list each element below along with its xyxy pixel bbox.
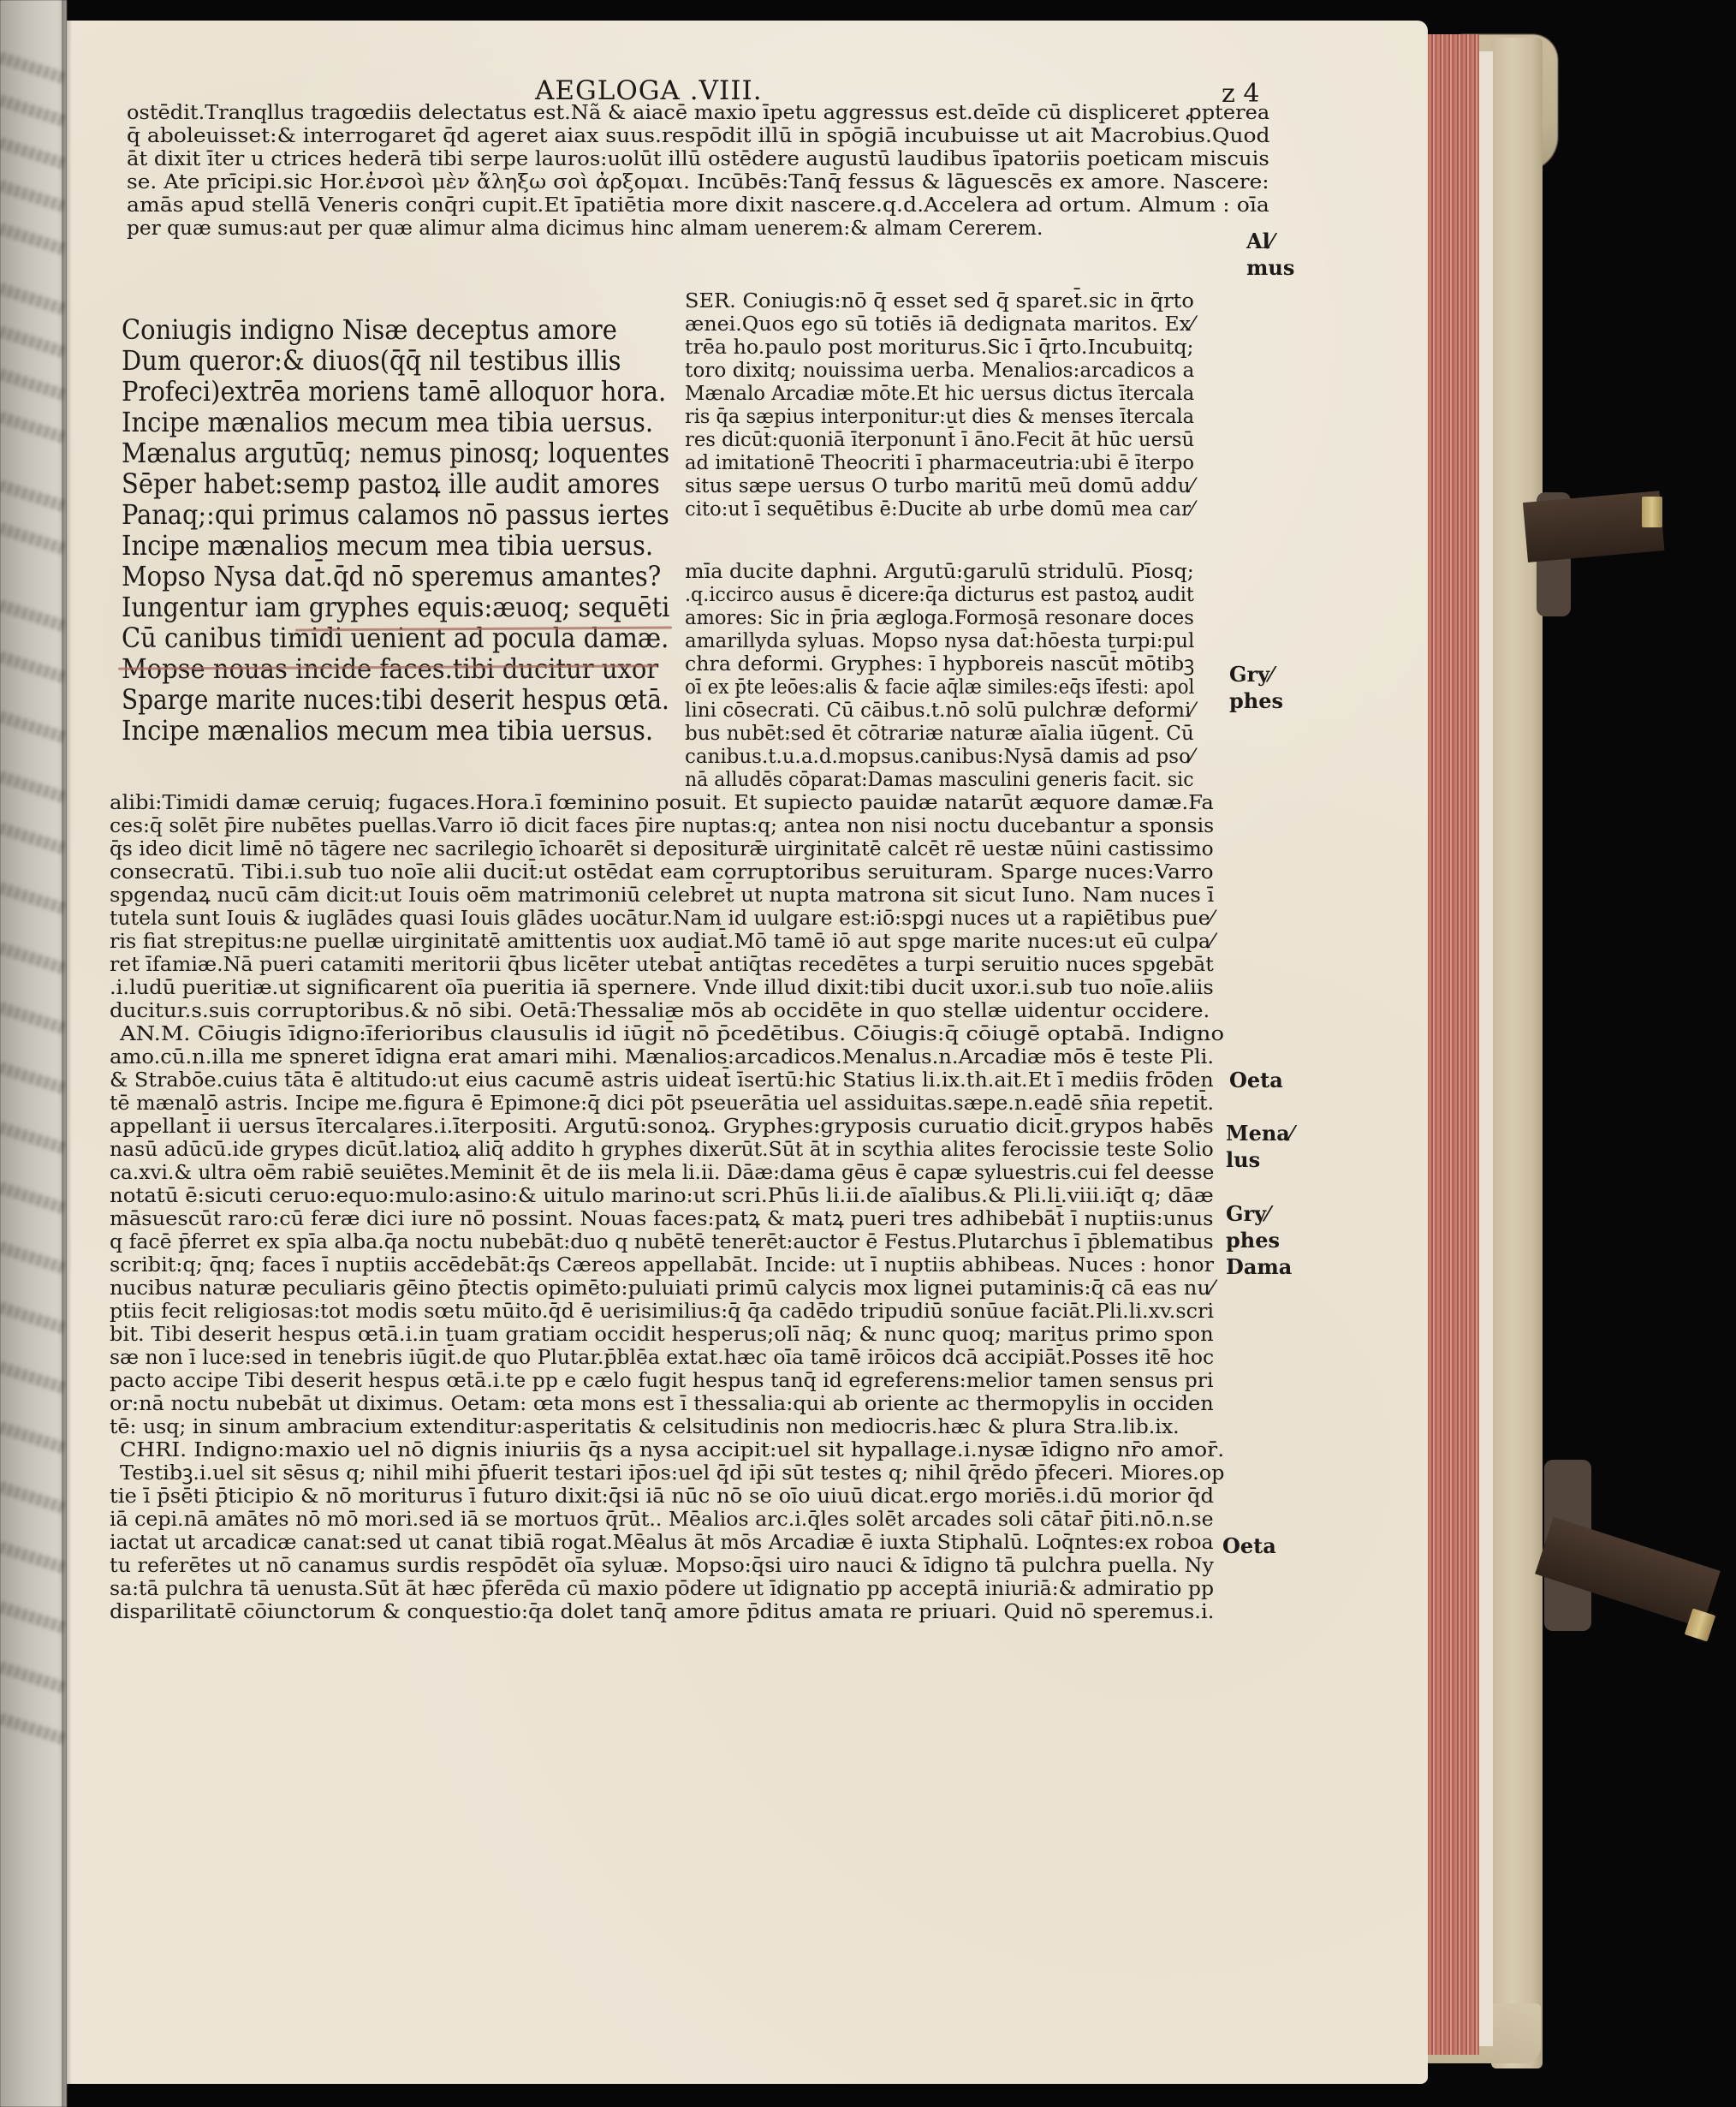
commentary-line: bit. Tibi deserit hespus œtā.i.in tuam g…	[110, 1323, 1214, 1346]
commentary-line: māsuescūt raro:cū feræ dici iure nō poss…	[110, 1207, 1214, 1230]
commentary-line: nasū adūcū.ide grypes dicūt̄.latioꝝ aliq…	[110, 1138, 1214, 1161]
commentary-line: CHRI. Indigno:maxio uel nō dignis iniuri…	[120, 1438, 1224, 1461]
margin-gloss: Dama	[1226, 1253, 1294, 1280]
commentary-line: āt dixit īter u ctrices hederā tibi serp…	[127, 147, 1269, 170]
commentary-line: AN.M. Cōiugis īdigno:īferioribus clausul…	[120, 1022, 1224, 1045]
commentary-line: mīa ducite daphni. Argutū:garulū stridul…	[685, 560, 1194, 583]
commentary-line: res dicūt̄:quoniā īterponunt̄ ī āno.Feci…	[685, 428, 1194, 451]
commentary-line: ostēdit.Tranqllus tragœdiis delectatus e…	[127, 101, 1269, 124]
verse-line: Profeci)extrēa moriens tamē alloquor hor…	[122, 377, 666, 408]
commentary-line: situs sæpe uersus O turbo maritū meū dom…	[685, 474, 1194, 497]
commentary-line: lini cōsecrati. Cū cāibus.t.nō solū pulc…	[685, 699, 1194, 722]
commentary-line: ces:q̄ solēt p̄ire nubētes puellas.Varro…	[110, 814, 1214, 837]
commentary-line: ca.xvi.& ultra oēm rabiē seuiētes.Memini…	[110, 1161, 1214, 1184]
commentary-line: canibus.t.u.a.d.mopsus.canibus:Nysā dami…	[685, 745, 1194, 768]
verse-line: Incipe mænalios mecum mea tibia uersus.	[122, 408, 653, 438]
commentary-line: & Strabōe.cuius tāta ē altitudo:ut eius …	[110, 1068, 1214, 1092]
margin-gloss: Gry⁄ phes	[1229, 661, 1281, 714]
commentary-line: cito:ut ī sequētibus ē:Ducite ab urbe do…	[685, 497, 1194, 521]
commentary-line: nā alludēs cōparat:Damas masculini gener…	[685, 768, 1194, 791]
commentary-line: ptiis fecit religiosas:tot modis sœtu mū…	[110, 1300, 1214, 1323]
margin-gloss: Oeta	[1222, 1533, 1282, 1559]
commentary-line: sa:tā pulchra tā uenusta.Sūt āt hæc p̄fe…	[110, 1577, 1214, 1600]
commentary-line: .q.iccirco ausus ē dicere:q̄a dicturus e…	[685, 583, 1194, 606]
commentary-line: Testibꝫ.i.uel sit sēsus q; nihil mihi p̄…	[120, 1461, 1224, 1485]
commentary-line: SER. Coniugis:nō q̄ esset sed q̄ sparet̄…	[685, 289, 1194, 312]
commentary-line: q̄ aboleuisset:& interrogaret q̄d ageret…	[127, 124, 1270, 147]
left-facing-page	[0, 0, 67, 2107]
commentary-line: iā cepi.nā amātes nō mō mori.sed iā se m…	[110, 1508, 1214, 1531]
verse-line: Coniugis indigno Nisæ deceptus amore	[122, 315, 617, 346]
commentary-line: ducitur.s.suis corruptoribus.& nō sibi. …	[110, 999, 1210, 1022]
commentary-line: ad imitationē Theocriti ī pharmaceutria:…	[685, 451, 1194, 474]
margin-gloss: Mena⁄ lus	[1226, 1120, 1286, 1173]
commentary-line: spgendaꝝ nucū cām dicit:ut Iouis oēm mat…	[110, 884, 1214, 907]
commentary-line: tē mænalō astris. Incipe me.figura ē Epi…	[110, 1092, 1214, 1115]
commentary-line: chra deformi. Gryphes: ī hypboreis nascū…	[685, 652, 1194, 676]
commentary-line: scribit:q; q̄nq; faces ī nuptiis accēdeb…	[110, 1253, 1214, 1277]
commentary-line: se. Ate prīcipi.sic Hor.ἐνσοὶ μὲν ἄληξω …	[127, 170, 1269, 193]
commentary-line: disparilitatē cōiunctorum & conquestio:q…	[110, 1600, 1214, 1623]
commentary-line: ænei.Quos ego sū totiēs iā dedignata mar…	[685, 312, 1194, 336]
verse-line: Dum queror:& diuos(q̄q̄ nil testibus ill…	[122, 346, 621, 377]
commentary-line: ret īfamiæ.Nā pueri catamiti meritorii q…	[110, 953, 1214, 976]
verse-line: Iungentur iam gryphes equis:æuoq; sequēt…	[122, 592, 669, 623]
commentary-line: trēa ho.paulo post moriturus.Sic ī q̄rto…	[685, 336, 1194, 359]
commentary-line: sæ non ī luce:sed in tenebris iūgit̄.de …	[110, 1346, 1214, 1369]
margin-gloss: Gry⁄ phes	[1226, 1200, 1286, 1253]
commentary-line: nucibus naturæ peculiaris gēino p̄tectis…	[110, 1277, 1214, 1300]
commentary-line: q̄s ideo dicit limē nō tāgere nec sacril…	[110, 837, 1214, 860]
commentary-line: amarillyda syluas. Mopso nysa dat̄:hōest…	[685, 629, 1194, 652]
verse-line: Sēper habet:semp pastoꝝ ille audit amore…	[122, 469, 660, 500]
commentary-line: q facē p̄ferret ex spīa alba.q̄a noctu n…	[110, 1230, 1214, 1253]
commentary-line: amores: Sic in p̄ria ægloga.Formosā reso…	[685, 606, 1194, 629]
verse-line: Incipe mænalios mecum mea tibia uersus.	[122, 716, 653, 747]
vellum-binding-spine-edge	[1491, 38, 1543, 2068]
verse-line: Sparge marite nuces:tibi deserit hespus …	[122, 685, 669, 716]
verse-line: Incipe mænalios mecum mea tibia uersus.	[122, 531, 653, 562]
commentary-line: Mænalo Arcadiæ mōte.Et hic uersus dictus…	[685, 382, 1194, 405]
verse-line: Panaq;:qui primus calamos nō passus iert…	[122, 500, 669, 531]
commentary-line: consecratū. Tibi.i.sub tuo noīe alii duc…	[110, 860, 1214, 884]
commentary-line: notatū ē:sicuti ceruo:equo:mulo:asino:& …	[110, 1184, 1214, 1207]
commentary-line: or:nā noctu nubebāt ut diximus. Oetam: œ…	[110, 1392, 1214, 1415]
commentary-line: iactat ut arcadicæ canat:sed ut canat ti…	[110, 1531, 1214, 1554]
commentary-line: ris q̄a sæpius interponitur:ut dies & me…	[685, 405, 1194, 428]
gutter-shadow	[62, 0, 72, 2107]
red-stained-fore-edge	[1424, 34, 1479, 2055]
commentary-line: oī ex p̄te leōes:alis & facie aq̄læ simi…	[685, 676, 1194, 699]
verse-line: Mopso Nysa dat̄.q̄d nō speremus amantes?	[122, 562, 661, 592]
commentary-line: tutela sunt Iouis & iuglādes quasi Iouis…	[110, 907, 1214, 930]
commentary-line: ris fiat strepitus:ne puellæ uirginitatē…	[110, 930, 1214, 953]
commentary-line: per quæ sumus:aut per quæ alimur alma di…	[127, 217, 1043, 240]
commentary-line: .i.ludū pueritiæ.ut significarent oīa pu…	[110, 976, 1214, 999]
commentary-line: amās apud stellā Veneris conq̄ri cupit.E…	[127, 193, 1269, 217]
endleaf-edge	[1477, 51, 1493, 2046]
commentary-line: bus nubēt:sed ēt cōtrariæ naturæ aīalia …	[685, 722, 1194, 745]
commentary-line: pacto accipe Tibi deserit hespus œtā.i.t…	[110, 1369, 1214, 1392]
commentary-line: tie ī p̄sēti p̄ticipio & nō moriturus ī …	[110, 1485, 1214, 1508]
commentary-line: tu referētes ut nō canamus surdis respōd…	[110, 1554, 1214, 1577]
commentary-line: appellant̄ ii uersus ītercalares.i.īterp…	[110, 1115, 1214, 1138]
commentary-line: tē: usq; in sinum ambracium extenditur:a…	[110, 1415, 1180, 1438]
margin-gloss: Oeta	[1229, 1067, 1289, 1093]
commentary-line: toro dixitq; nouissima uerba. Menalios:a…	[685, 359, 1194, 382]
commentary-line: amo.cū.n.illa me spneret īdigna erat ama…	[110, 1045, 1214, 1068]
commentary-line: alibi:Timidi damæ ceruiq; fugaces.Hora.ī…	[110, 791, 1214, 814]
verse-line: Mænalus argutūq; nemus pinosq; loquentes	[122, 438, 669, 469]
margin-gloss: Al⁄ mus	[1246, 228, 1298, 281]
